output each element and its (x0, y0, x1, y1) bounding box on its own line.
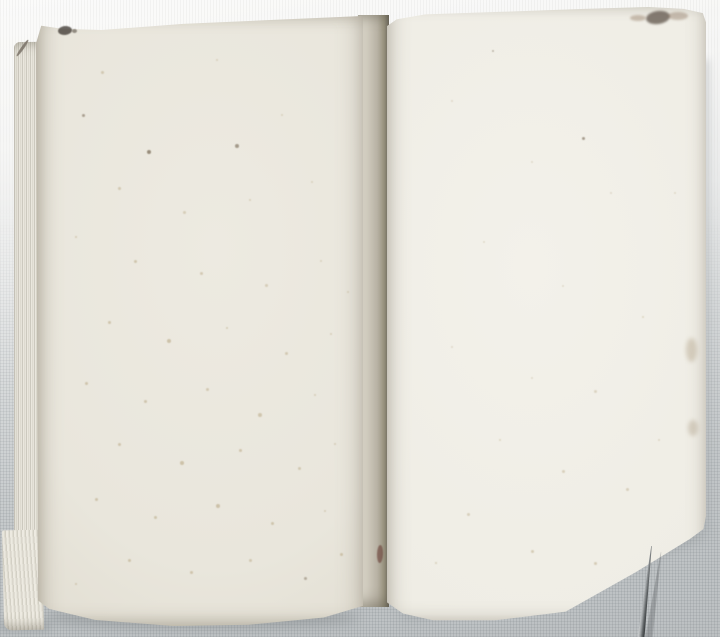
foxing-spot (562, 285, 564, 287)
foxing-spot (249, 199, 251, 201)
foxing-spot (334, 443, 336, 445)
foxing-spot (285, 352, 288, 355)
foxing-spot (216, 59, 218, 61)
foxing-spot (128, 559, 131, 562)
foxing-spot (594, 390, 597, 393)
foxing-spot (200, 272, 203, 275)
foxing-spot (626, 488, 629, 491)
foxing-spot (435, 562, 437, 564)
edge-smudge-right-2 (688, 420, 698, 436)
foxing-spot (144, 400, 147, 403)
foxing-spot (298, 467, 301, 470)
foxing-spot (216, 504, 220, 508)
photo-open-book (0, 0, 720, 637)
right-blank-page (387, 7, 706, 624)
foxing-spot (180, 461, 184, 465)
foxing-spot (674, 192, 676, 194)
foxing-spot (610, 192, 612, 194)
foxing-spot (82, 114, 85, 117)
page-stack-bottom-flare (2, 530, 44, 631)
foxing-spot (118, 443, 121, 446)
foxing-spot (265, 284, 268, 287)
foxing-spot (594, 562, 597, 565)
foxing-spot (311, 181, 313, 183)
foxing-spot (499, 439, 501, 441)
foxing-spot (154, 516, 157, 519)
foxing-spot (531, 550, 534, 553)
ink-speck-2 (72, 29, 77, 33)
foxing-spot (258, 413, 262, 417)
foxing-spot (183, 211, 186, 214)
foxing-spot (451, 346, 453, 348)
foxing-spot (108, 321, 111, 324)
foxing-spot (492, 50, 494, 52)
foxing-spot (101, 71, 104, 74)
foxing-spot (304, 577, 307, 580)
foxing-spot (324, 510, 326, 512)
foxing-spot (451, 100, 453, 102)
left-blank-page (36, 16, 363, 626)
foxing-spot (249, 559, 252, 562)
foxing-spot (642, 316, 644, 318)
foxing-spot (226, 327, 228, 329)
foxing-spot (206, 388, 209, 391)
foxing-spot (658, 439, 660, 441)
foxing-spot (134, 260, 137, 263)
foxing-spot (147, 150, 151, 154)
foxing-spot (239, 449, 242, 452)
foxing-spot (95, 498, 98, 501)
foxing-spot (562, 470, 565, 473)
foxing-spot (531, 377, 533, 379)
foxing-spot (75, 583, 77, 585)
foxing-spot (320, 260, 322, 262)
foxing-spot (190, 571, 193, 574)
foxing-spot (340, 553, 343, 556)
foxing-spot (167, 339, 171, 343)
foxing-spot (330, 333, 332, 335)
foxing-spot (281, 114, 283, 116)
foxing-spot (347, 291, 349, 293)
foxing-spot (85, 382, 88, 385)
stain-top-right-2 (630, 15, 646, 21)
foxing-spot (271, 522, 274, 525)
foxing-spot (235, 144, 239, 148)
foxing-spot (75, 236, 77, 238)
stain-top-right-3 (668, 12, 688, 20)
edge-smudge-right-1 (686, 338, 697, 362)
foxing-spot (314, 394, 316, 396)
foxing-spot (483, 241, 485, 243)
foxing-spot (467, 513, 470, 516)
foxing-spot (118, 187, 121, 190)
foxing-spot (531, 161, 533, 163)
foxing-spot (582, 137, 585, 140)
